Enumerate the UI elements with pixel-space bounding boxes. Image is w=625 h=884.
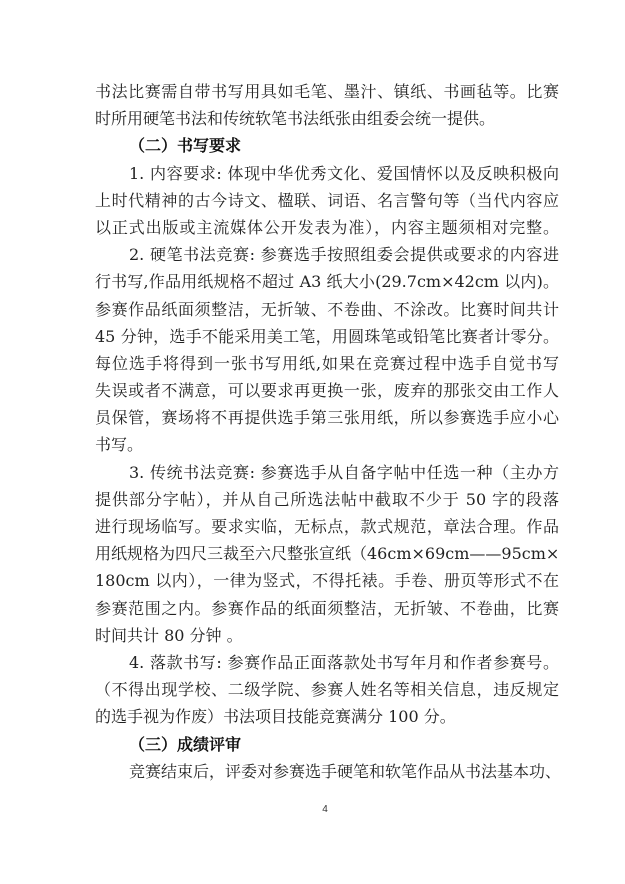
section-heading-score-review: （三）成绩评审 — [95, 731, 559, 758]
text-line: 时间共计 80 分钟 。 — [95, 622, 559, 649]
text-line: 进行现场临写。要求实临，无标点，款式规范，章法合理。作品 — [95, 513, 559, 540]
page-number: 4 — [318, 804, 332, 815]
text-line: 4. 落款书写: 参赛作品正面落款处书写年月和作者参赛号。 — [95, 649, 559, 676]
text-line: 每位选手将得到一张书写用纸,如果在竞赛过程中选手自觉书写 — [95, 350, 559, 377]
text-line: 参赛作品纸面须整洁，无折皱、不卷曲、不涂改。比赛时间共计 — [95, 296, 559, 323]
text-line: 竞赛结束后，评委对参赛选手硬笔和软笔作品从书法基本功、 — [95, 758, 559, 785]
text-line: 失误或者不满意，可以要求再更换一张，废弃的那张交由工作人 — [95, 377, 559, 404]
text-line: 180cm 以内），一律为竖式，不得托裱。手卷、册页等形式不在 — [95, 567, 559, 594]
document-page: 书法比赛需自带书写用具如毛笔、墨汁、镇纸、书画毡等。比赛 时所用硬笔书法和传统软… — [0, 0, 625, 884]
text-line: 用纸规格为四尺三裁至六尺整张宣纸（46cm×69cm——95cm× — [95, 540, 559, 567]
text-line: 45 分钟，选手不能采用美工笔，用圆珠笔或铅笔比赛者计零分。 — [95, 323, 559, 350]
text-line: 提供部分字帖），并从自己所选法帖中截取不少于 50 字的段落 — [95, 486, 559, 513]
text-line: 的选手视为作废）书法项目技能竞赛满分 100 分。 — [95, 703, 559, 730]
document-body: 书法比赛需自带书写用具如毛笔、墨汁、镇纸、书画毡等。比赛 时所用硬笔书法和传统软… — [95, 78, 559, 785]
text-line: 1. 内容要求: 体现中华优秀文化、爱国情怀以及反映积极向 — [95, 160, 559, 187]
text-line: （不得出现学校、二级学院、参赛人姓名等相关信息，违反规定 — [95, 676, 559, 703]
text-line: 3. 传统书法竞赛: 参赛选手从自备字帖中任选一种（主办方 — [95, 459, 559, 486]
text-line: 员保管，赛场将不再提供选手第三张用纸，所以参赛选手应小心 — [95, 404, 559, 431]
text-line: 行书写,作品用纸规格不超过 A3 纸大小(29.7cm×42cm 以内)。 — [95, 268, 559, 295]
text-line: 书法比赛需自带书写用具如毛笔、墨汁、镇纸、书画毡等。比赛 — [95, 78, 559, 105]
text-line: 时所用硬笔书法和传统软笔书法纸张由组委会统一提供。 — [95, 105, 559, 132]
text-line: 2. 硬笔书法竞赛: 参赛选手按照组委会提供或要求的内容进 — [95, 241, 559, 268]
text-line: 参赛范围之内。参赛作品的纸面须整洁，无折皱、不卷曲，比赛 — [95, 595, 559, 622]
section-heading-writing-requirements: （二）书写要求 — [95, 132, 559, 159]
text-line: 上时代精神的古今诗文、楹联、词语、名言警句等（当代内容应 — [95, 187, 559, 214]
text-line: 书写。 — [95, 431, 559, 458]
text-line: 以正式出版或主流媒体公开发表为准），内容主题须相对完整。 — [95, 214, 559, 241]
